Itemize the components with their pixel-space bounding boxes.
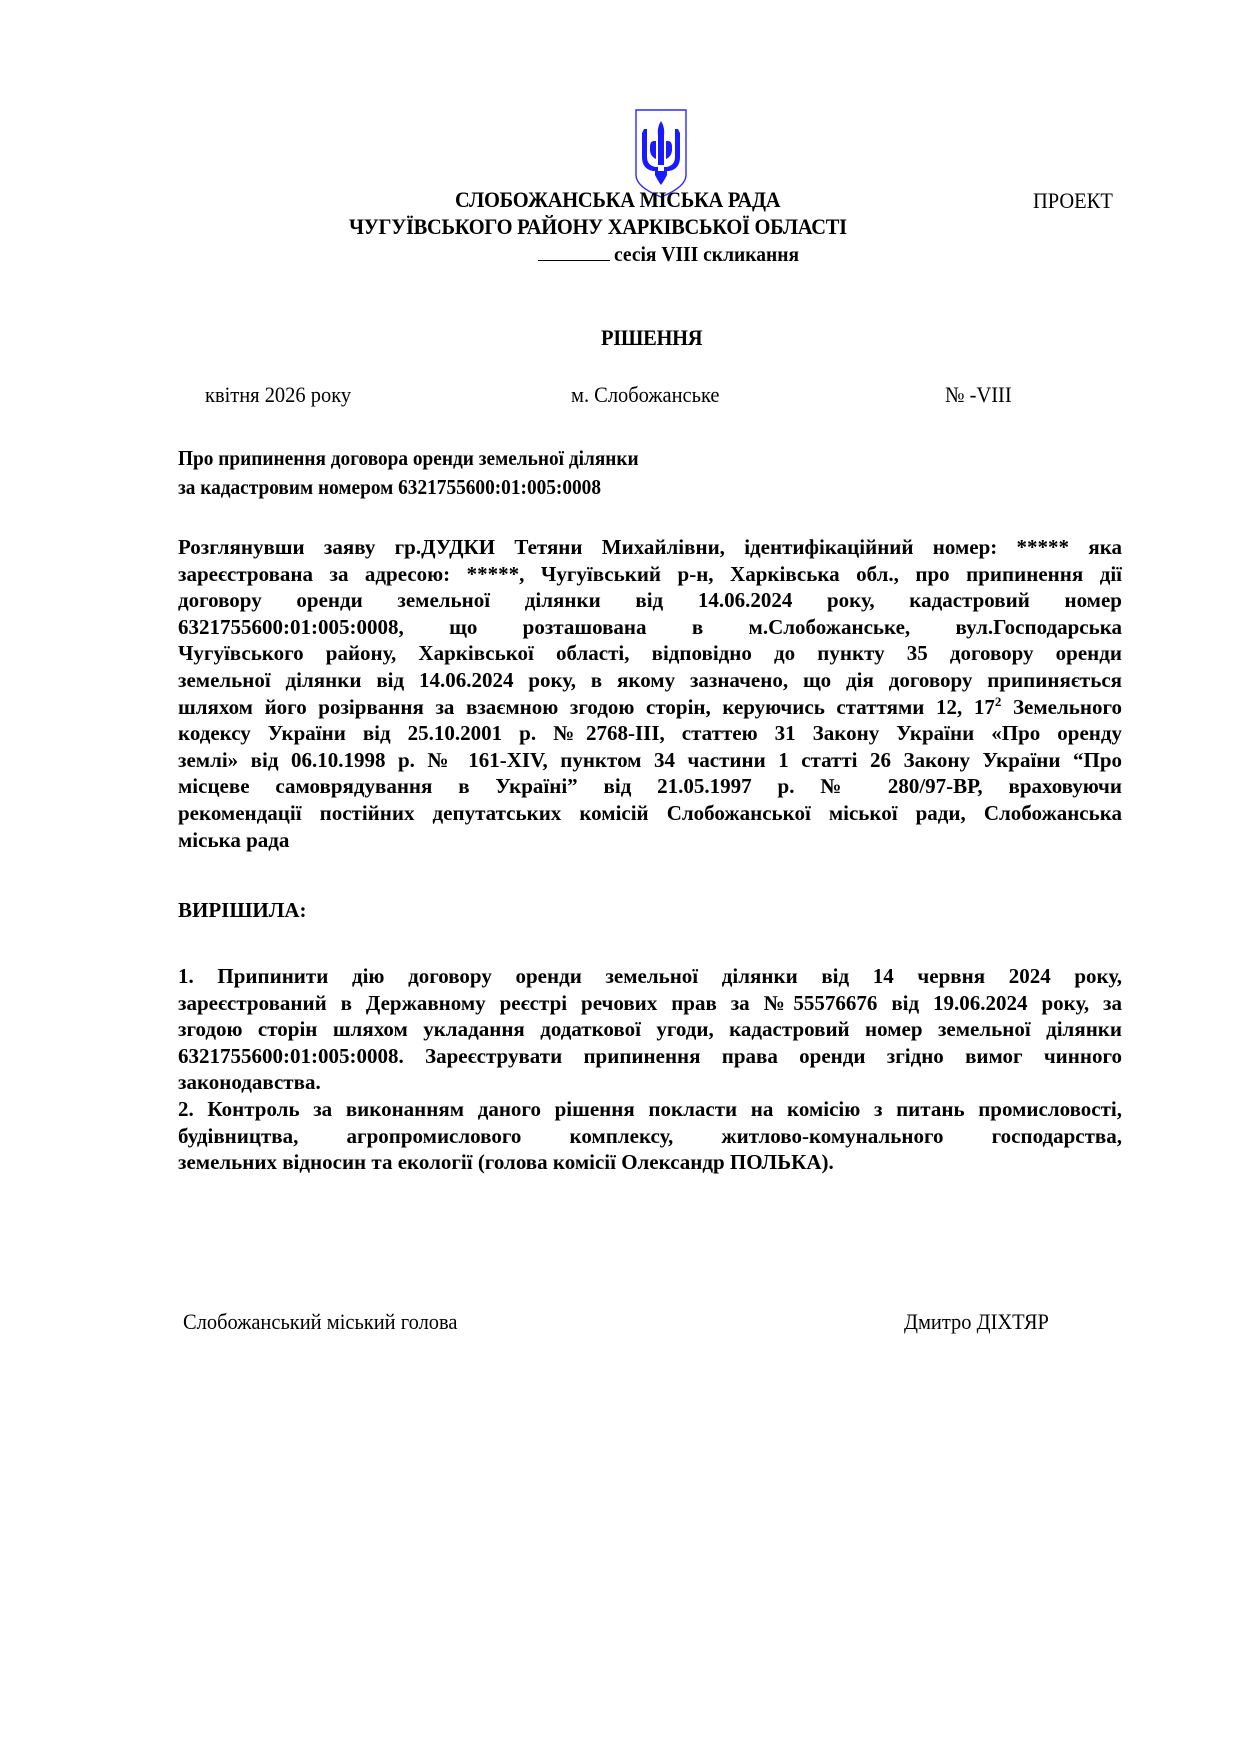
- session-number-blank: [538, 242, 610, 261]
- preamble-line: Чугуївського району, Харківської області…: [178, 640, 1122, 667]
- document-type: РІШЕННЯ: [601, 325, 702, 351]
- preamble-line-text: шляхом його розірвання за взаємною згодо…: [178, 695, 995, 719]
- district-name: ЧУГУЇВСЬКОГО РАЙОНУ ХАРКІВСЬКОЇ ОБЛАСТІ: [349, 214, 847, 240]
- decision-line: зареєстрований в Державному реєстрі речо…: [178, 990, 1122, 1017]
- preamble-line: 6321755600:01:005:0008, що розташована в…: [178, 614, 1122, 641]
- decision-paragraph: 1. Припинити дію договору оренди земельн…: [178, 963, 1122, 1176]
- trident-coat-of-arms-icon: [633, 107, 689, 199]
- decision-line: згодою сторін шляхом укладання додатково…: [178, 1016, 1122, 1043]
- preamble-line: договору оренди земельної ділянки від 14…: [178, 587, 1122, 614]
- decided-label: ВИРІШИЛА:: [178, 898, 307, 923]
- preamble-line-with-superscript: шляхом його розірвання за взаємною згодо…: [178, 694, 1122, 721]
- preamble-paragraph: Розглянувши заяву гр.ДУДКИ Тетяни Михайл…: [178, 534, 1122, 853]
- decision-line: законодавства.: [178, 1069, 1122, 1096]
- decision-line: 1. Припинити дію договору оренди земельн…: [178, 963, 1122, 990]
- decision-date: квітня 2026 року: [205, 382, 351, 408]
- subject-line-1: Про припинення договора оренди земельної…: [178, 444, 639, 473]
- draft-label: ПРОЕКТ: [1033, 188, 1113, 214]
- preamble-line: Розглянувши заяву гр.ДУДКИ Тетяни Михайл…: [178, 534, 1122, 561]
- preamble-line: кодексу України від 25.10.2001 р. №2768-…: [178, 720, 1122, 747]
- session-line: сесія VIII скликання: [538, 242, 813, 267]
- preamble-line: земельної ділянки від 14.06.2024 року, в…: [178, 667, 1122, 694]
- preamble-line: рекомендації постійних депутатських комі…: [178, 800, 1122, 827]
- council-name: СЛОБОЖАНСЬКА МІСЬКА РАДА: [455, 187, 780, 213]
- session-label: сесія VIII скликання: [614, 242, 799, 267]
- document-page: СЛОБОЖАНСЬКА МІСЬКА РАДА ПРОЕКТ ЧУГУЇВСЬ…: [0, 0, 1240, 1754]
- subject-line-2: за кадастровим номером 6321755600:01:005…: [178, 473, 601, 502]
- decision-line: будівництва, агропромислового комплексу,…: [178, 1123, 1122, 1150]
- decision-place: м. Слобожанське: [571, 382, 719, 408]
- preamble-line: землі» від 06.10.1998 р. № 161-XIV, пунк…: [178, 747, 1122, 774]
- decision-number: № -VIII: [945, 382, 1012, 408]
- signatory-name: Дмитро ДІХТЯР: [904, 1309, 1049, 1335]
- decision-line: 2. Контроль за виконанням даного рішення…: [178, 1096, 1122, 1123]
- decision-line: земельних відносин та екології (голова к…: [178, 1149, 1122, 1176]
- signatory-position: Слобожанський міський голова: [183, 1309, 458, 1335]
- preamble-line: міська рада: [178, 827, 1122, 854]
- preamble-line: зареєстрована за адресою: *****, Чугуївс…: [178, 561, 1122, 588]
- decision-line: 6321755600:01:005:0008. Зареєструвати пр…: [178, 1043, 1122, 1070]
- preamble-line-tail: Земельного: [1001, 695, 1122, 719]
- preamble-line: місцеве самоврядування в Україні” від 21…: [178, 773, 1122, 800]
